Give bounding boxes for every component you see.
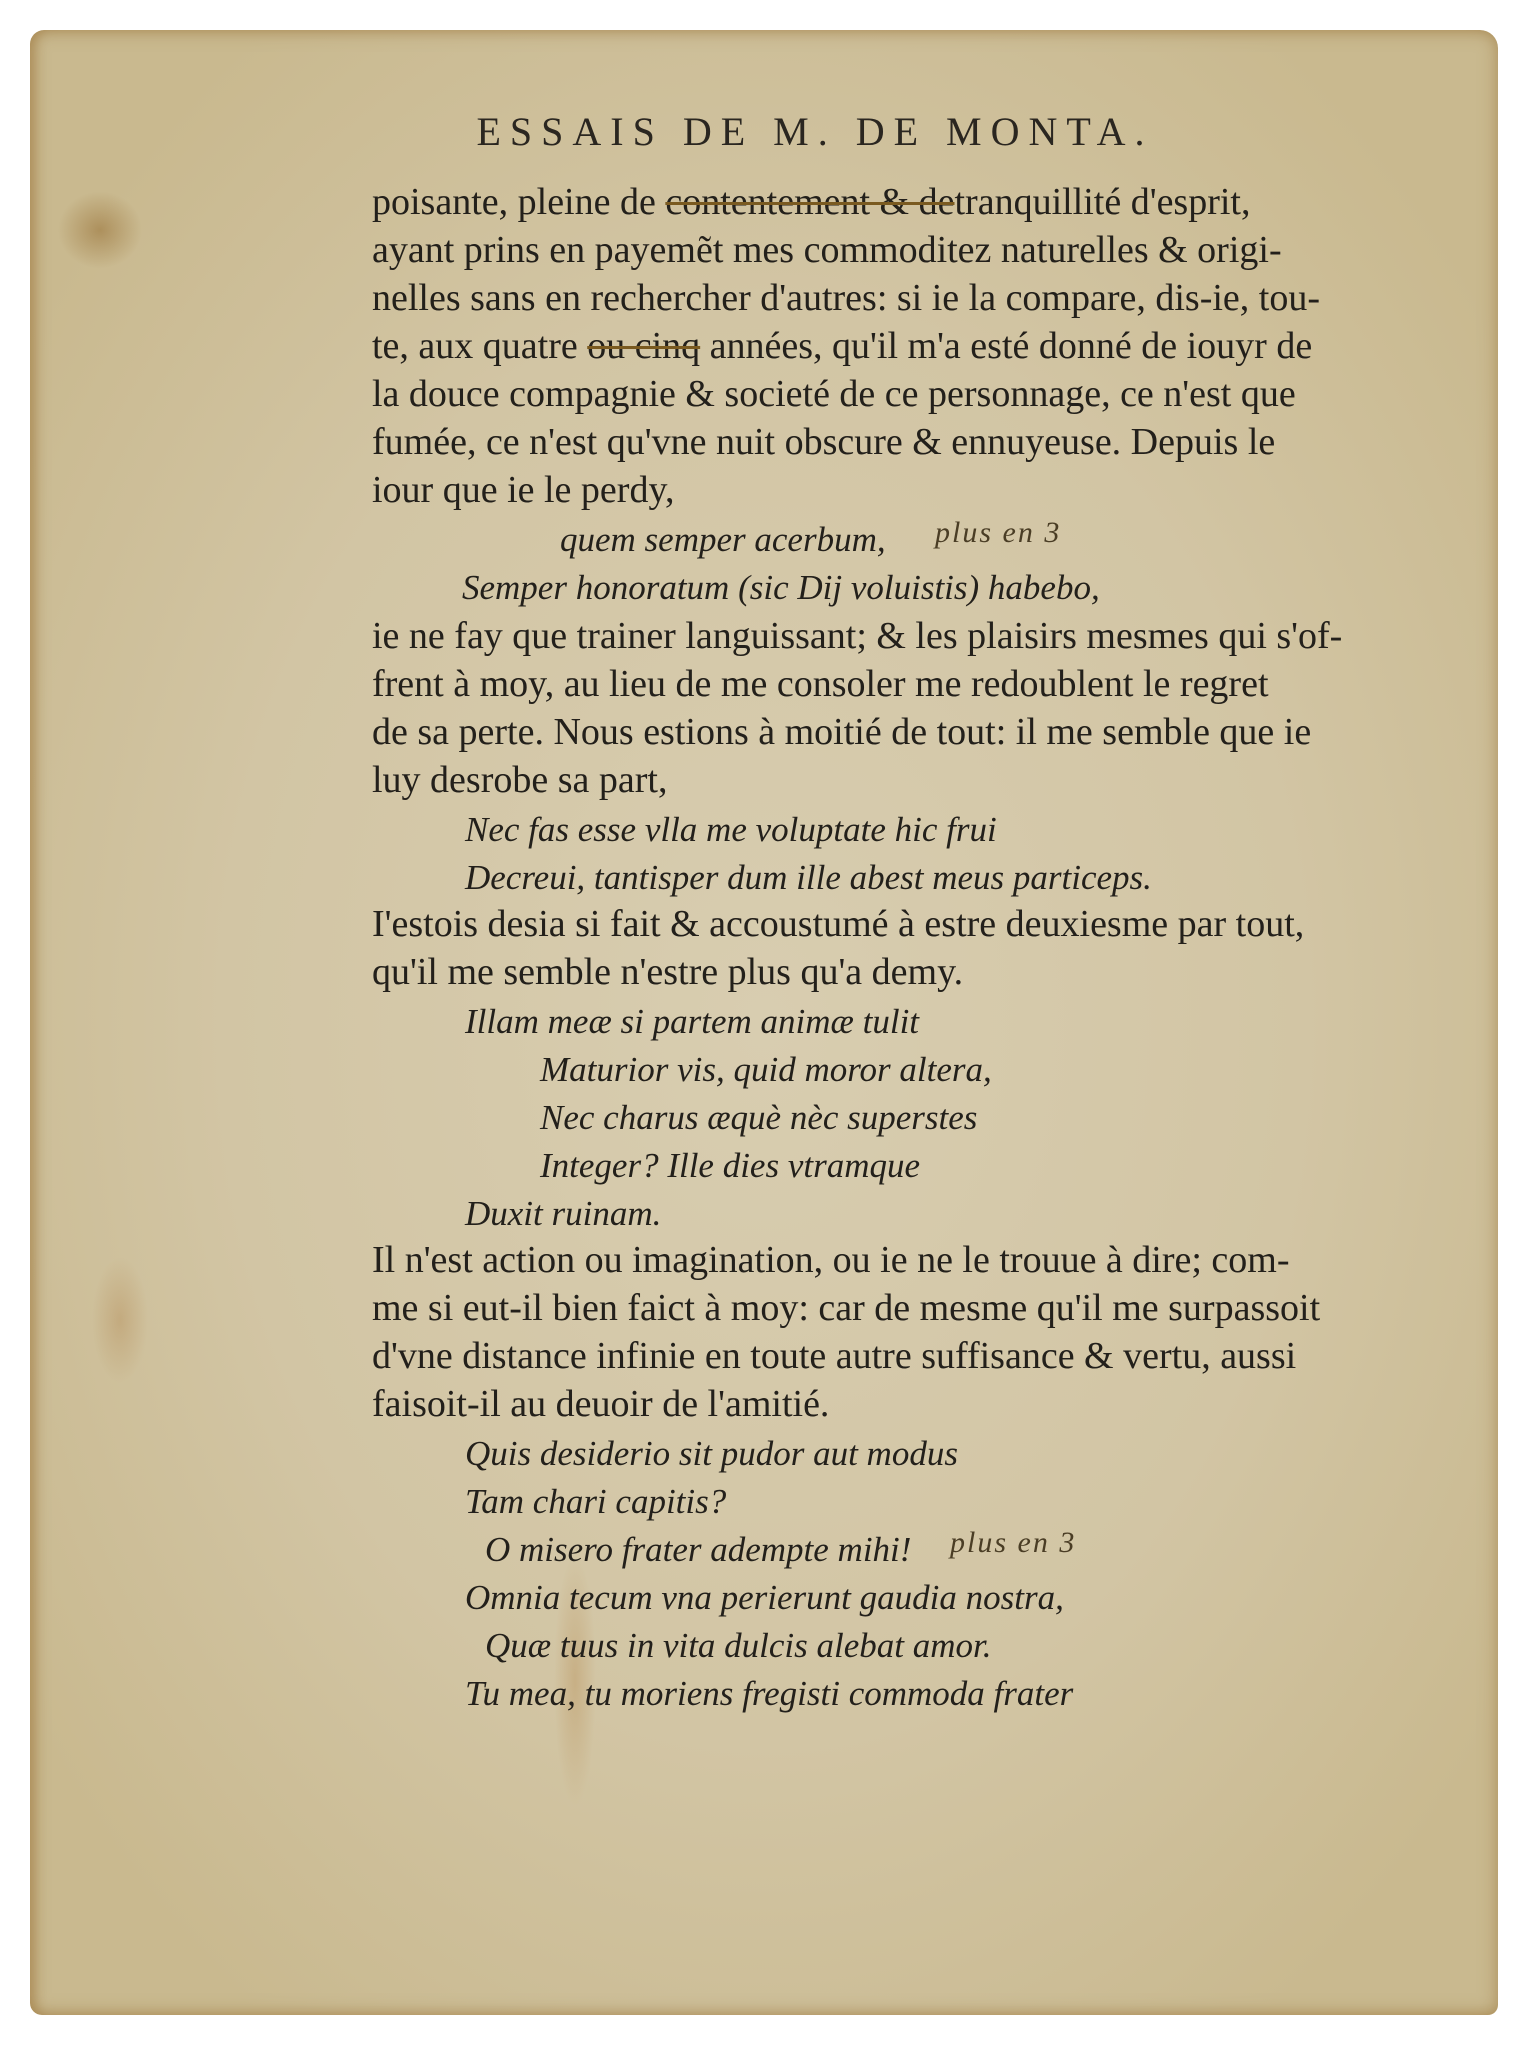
text-line: me si eut-il bien faict à moy: car de me… — [372, 1284, 1320, 1332]
line-text: nelles sans en rechercher d'autres: si i… — [372, 277, 1320, 319]
verse-line: quem semper acerbum, — [560, 516, 886, 564]
verse-line: Tam chari capitis? — [465, 1478, 726, 1526]
line-text: d'vne distance infinie en toute autre su… — [372, 1335, 1296, 1377]
verse-line: Quis desiderio sit pudor aut modus — [465, 1430, 958, 1478]
line-text: Semper honoratum (sic Dij voluistis) hab… — [462, 568, 1100, 607]
verse-line: Decreui, tantisper dum ille abest meus p… — [465, 854, 1152, 902]
line-text: luy desrobe sa part, — [372, 759, 667, 801]
line-text: de sa perte. Nous estions à moitié de to… — [372, 711, 1311, 753]
line-text: ayant prins en payemẽt mes commoditez na… — [372, 229, 1282, 271]
line-text: qu'il me semble n'estre plus qu'a demy. — [372, 951, 963, 993]
text-line: luy desrobe sa part, — [372, 756, 667, 804]
verse-line: O misero frater adempte mihi! — [485, 1526, 911, 1574]
line-text: Duxit ruinam. — [465, 1194, 661, 1233]
line-text: Il n'est action ou imagination, ou ie ne… — [372, 1239, 1290, 1281]
text-line: fumée, ce n'est qu'vne nuit obscure & en… — [372, 418, 1275, 466]
text-line: ayant prins en payemẽt mes commoditez na… — [372, 226, 1282, 274]
line-text: I'estois desia si fait & accoustumé à es… — [372, 903, 1304, 945]
text-line: ie ne fay que trainer languissant; & les… — [372, 612, 1342, 660]
line-text: Tu mea, tu moriens fregisti commoda frat… — [465, 1674, 1073, 1713]
line-text: Nec fas esse vlla me voluptate hic frui — [465, 810, 997, 849]
verse-line: Nec fas esse vlla me voluptate hic frui — [465, 806, 997, 854]
text-line: la douce compagnie & societé de ce perso… — [372, 370, 1296, 418]
verse-line: Semper honoratum (sic Dij voluistis) hab… — [462, 564, 1100, 612]
text-line: faisoit-il au deuoir de l'amitié. — [372, 1380, 829, 1428]
line-text: Quis desiderio sit pudor aut modus — [465, 1434, 958, 1473]
verse-line: Maturior vis, quid moror altera, — [540, 1046, 992, 1094]
text-line: iour que ie le perdy, — [372, 466, 674, 514]
line-text: quem semper acerbum, — [560, 520, 886, 559]
line-text: tranquillité d'esprit, — [954, 181, 1250, 223]
handwritten-annotation: plus en 3 — [935, 516, 1061, 550]
text-line: de sa perte. Nous estions à moitié de to… — [372, 708, 1311, 756]
line-text: Nec charus æquè nèc superstes — [540, 1098, 977, 1137]
line-text: faisoit-il au deuoir de l'amitié. — [372, 1383, 829, 1425]
line-text: Decreui, tantisper dum ille abest meus p… — [465, 858, 1152, 897]
running-head: ESSAIS DE M. DE MONTA. — [0, 108, 1530, 155]
verse-line: Duxit ruinam. — [465, 1190, 661, 1238]
verse-line: Illam meæ si partem animæ tulit — [465, 998, 919, 1046]
text-line: qu'il me semble n'estre plus qu'a demy. — [372, 948, 963, 996]
struck-text: contentement & de — [665, 181, 954, 223]
verse-line: Integer? Ille dies vtramque — [540, 1142, 920, 1190]
line-text: Omnia tecum vna perierunt gaudia nostra, — [465, 1578, 1064, 1617]
line-text: iour que ie le perdy, — [372, 469, 674, 511]
handwritten-annotation: plus en 3 — [950, 1526, 1076, 1560]
line-text: Integer? Ille dies vtramque — [540, 1146, 920, 1185]
verse-line: Nec charus æquè nèc superstes — [540, 1094, 977, 1142]
line-text: années, qu'il m'a esté donné de iouyr de — [700, 325, 1312, 367]
struck-text: ou cinq — [587, 325, 700, 367]
text-line: frent à moy, au lieu de me consoler me r… — [372, 660, 1269, 708]
line-text: ie ne fay que trainer languissant; & les… — [372, 615, 1342, 657]
line-text: Illam meæ si partem animæ tulit — [465, 1002, 919, 1041]
line-text: frent à moy, au lieu de me consoler me r… — [372, 663, 1269, 705]
line-text: Quæ tuus in vita dulcis alebat amor. — [485, 1626, 992, 1665]
text-line: poisante, pleine de contentement & detra… — [372, 178, 1251, 226]
text-line: te, aux quatre ou cinq années, qu'il m'a… — [372, 322, 1312, 370]
text-line: d'vne distance infinie en toute autre su… — [372, 1332, 1296, 1380]
text-line: nelles sans en rechercher d'autres: si i… — [372, 274, 1320, 322]
line-text: O misero frater adempte mihi! — [485, 1530, 911, 1569]
line-text: Tam chari capitis? — [465, 1482, 726, 1521]
verse-line: Omnia tecum vna perierunt gaudia nostra, — [465, 1574, 1064, 1622]
verse-line: Quæ tuus in vita dulcis alebat amor. — [485, 1622, 992, 1670]
line-text: la douce compagnie & societé de ce perso… — [372, 373, 1296, 415]
text-line: Il n'est action ou imagination, ou ie ne… — [372, 1236, 1290, 1284]
line-text: fumée, ce n'est qu'vne nuit obscure & en… — [372, 421, 1275, 463]
line-text: te, aux quatre — [372, 325, 587, 367]
line-text: Maturior vis, quid moror altera, — [540, 1050, 992, 1089]
verse-line: Tu mea, tu moriens fregisti commoda frat… — [465, 1670, 1073, 1718]
text-line: I'estois desia si fait & accoustumé à es… — [372, 900, 1304, 948]
line-text: me si eut-il bien faict à moy: car de me… — [372, 1287, 1320, 1329]
line-text: poisante, pleine de — [372, 181, 665, 223]
